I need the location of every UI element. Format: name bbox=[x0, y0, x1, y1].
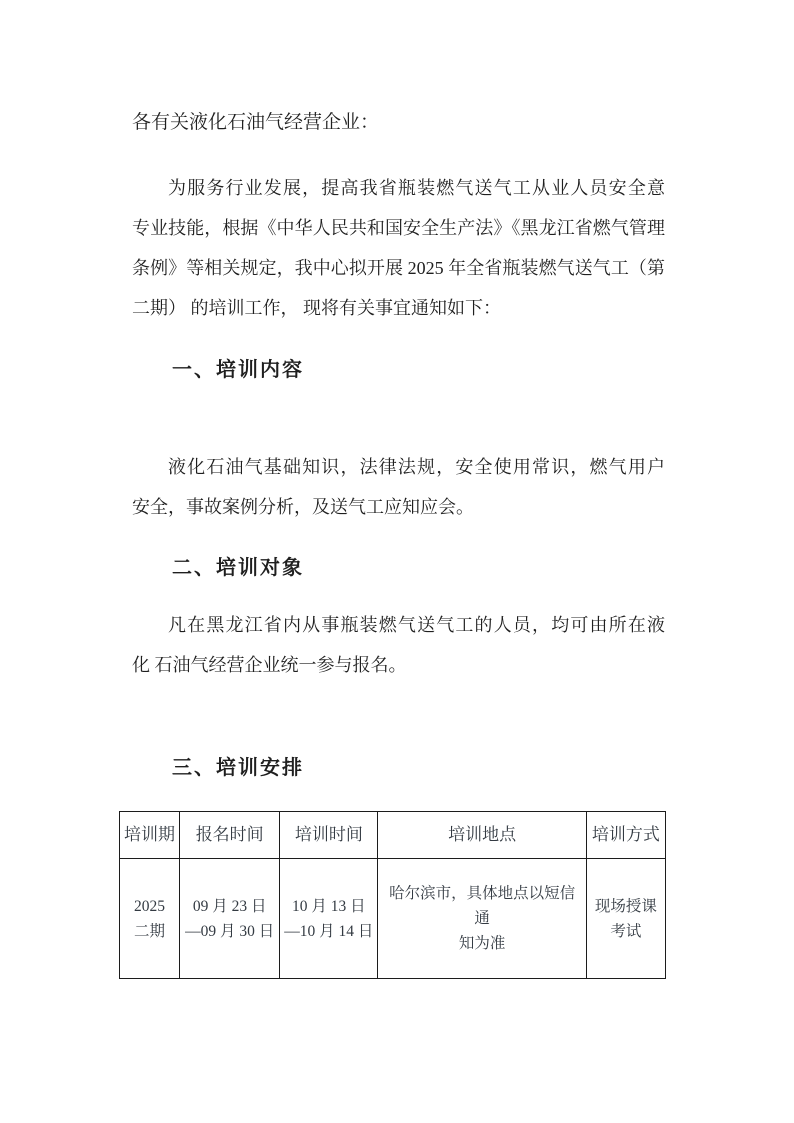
document-page: 各有关液化石油气经营企业： 为服务行业发展，提高我省瓶装燃气送气工从业人员安全意… bbox=[0, 0, 794, 1123]
table-header-row: 培训期 报名时间 培训时间 培训地点 培训方式 bbox=[120, 812, 666, 859]
period-line: 2025 bbox=[123, 894, 176, 919]
training-audience-line: 凡在黑龙江省内从事瓶装燃气送气工的人员，均可由所在液 bbox=[132, 605, 665, 645]
training-content-line: 安全，事故案例分析，及送气工应知应会。 bbox=[132, 487, 665, 527]
section-heading-training-audience: 二、培训对象 bbox=[132, 548, 304, 588]
signup-time-line: —09 月 30 日 bbox=[183, 919, 276, 944]
intro-paragraph: 为服务行业发展，提高我省瓶装燃气送气工从业人员安全意识、 专业技能，根据《中华人… bbox=[132, 168, 665, 328]
training-content-line: 液化石油气基础知识，法律法规，安全使用常识，燃气用户 bbox=[132, 447, 665, 487]
cell-signup-time: 09 月 23 日 —09 月 30 日 bbox=[180, 859, 280, 979]
location-line: 知为准 bbox=[381, 931, 582, 956]
cell-period: 2025 二期 bbox=[120, 859, 180, 979]
header-cell-location: 培训地点 bbox=[378, 812, 586, 859]
header-cell-training-time: 培训时间 bbox=[280, 812, 378, 859]
training-audience-line: 化 石油气经营企业统一参与报名。 bbox=[132, 645, 665, 685]
table-data-row: 2025 二期 09 月 23 日 —09 月 30 日 10 月 13 日 —… bbox=[120, 859, 666, 979]
greeting-line: 各有关液化石油气经营企业： bbox=[132, 103, 379, 143]
cell-method: 现场授课 考试 bbox=[586, 859, 665, 979]
training-content-paragraph: 液化石油气基础知识，法律法规，安全使用常识，燃气用户 安全，事故案例分析，及送气… bbox=[132, 447, 665, 527]
section-heading-training-content: 一、培训内容 bbox=[132, 350, 304, 390]
header-cell-period: 培训期 bbox=[120, 812, 180, 859]
method-line: 现场授课 bbox=[590, 894, 662, 919]
location-line: 哈尔滨市，具体地点以短信通 bbox=[381, 881, 582, 931]
intro-line: 为服务行业发展，提高我省瓶装燃气送气工从业人员安全意识、 bbox=[132, 168, 665, 208]
header-cell-method: 培训方式 bbox=[586, 812, 665, 859]
intro-line: 二期） 的培训工作， 现将有关事宜通知如下： bbox=[132, 288, 665, 328]
period-line: 二期 bbox=[123, 919, 176, 944]
intro-line: 条例》等相关规定，我中心拟开展 2025 年全省瓶装燃气送气工（第 bbox=[132, 248, 665, 288]
header-cell-signup-time: 报名时间 bbox=[180, 812, 280, 859]
intro-line: 专业技能，根据《中华人民共和国安全生产法》《黑龙江省燃气管理 bbox=[132, 208, 665, 248]
cell-training-time: 10 月 13 日 —10 月 14 日 bbox=[280, 859, 378, 979]
training-time-line: 10 月 13 日 bbox=[283, 894, 374, 919]
signup-time-line: 09 月 23 日 bbox=[183, 894, 276, 919]
training-time-line: —10 月 14 日 bbox=[283, 919, 374, 944]
cell-location: 哈尔滨市，具体地点以短信通 知为准 bbox=[378, 859, 586, 979]
section-heading-training-schedule: 三、培训安排 bbox=[132, 748, 304, 788]
schedule-table: 培训期 报名时间 培训时间 培训地点 培训方式 2025 二期 09 月 23 … bbox=[119, 811, 666, 979]
training-audience-paragraph: 凡在黑龙江省内从事瓶装燃气送气工的人员，均可由所在液 化 石油气经营企业统一参与… bbox=[132, 605, 665, 685]
method-line: 考试 bbox=[590, 919, 662, 944]
